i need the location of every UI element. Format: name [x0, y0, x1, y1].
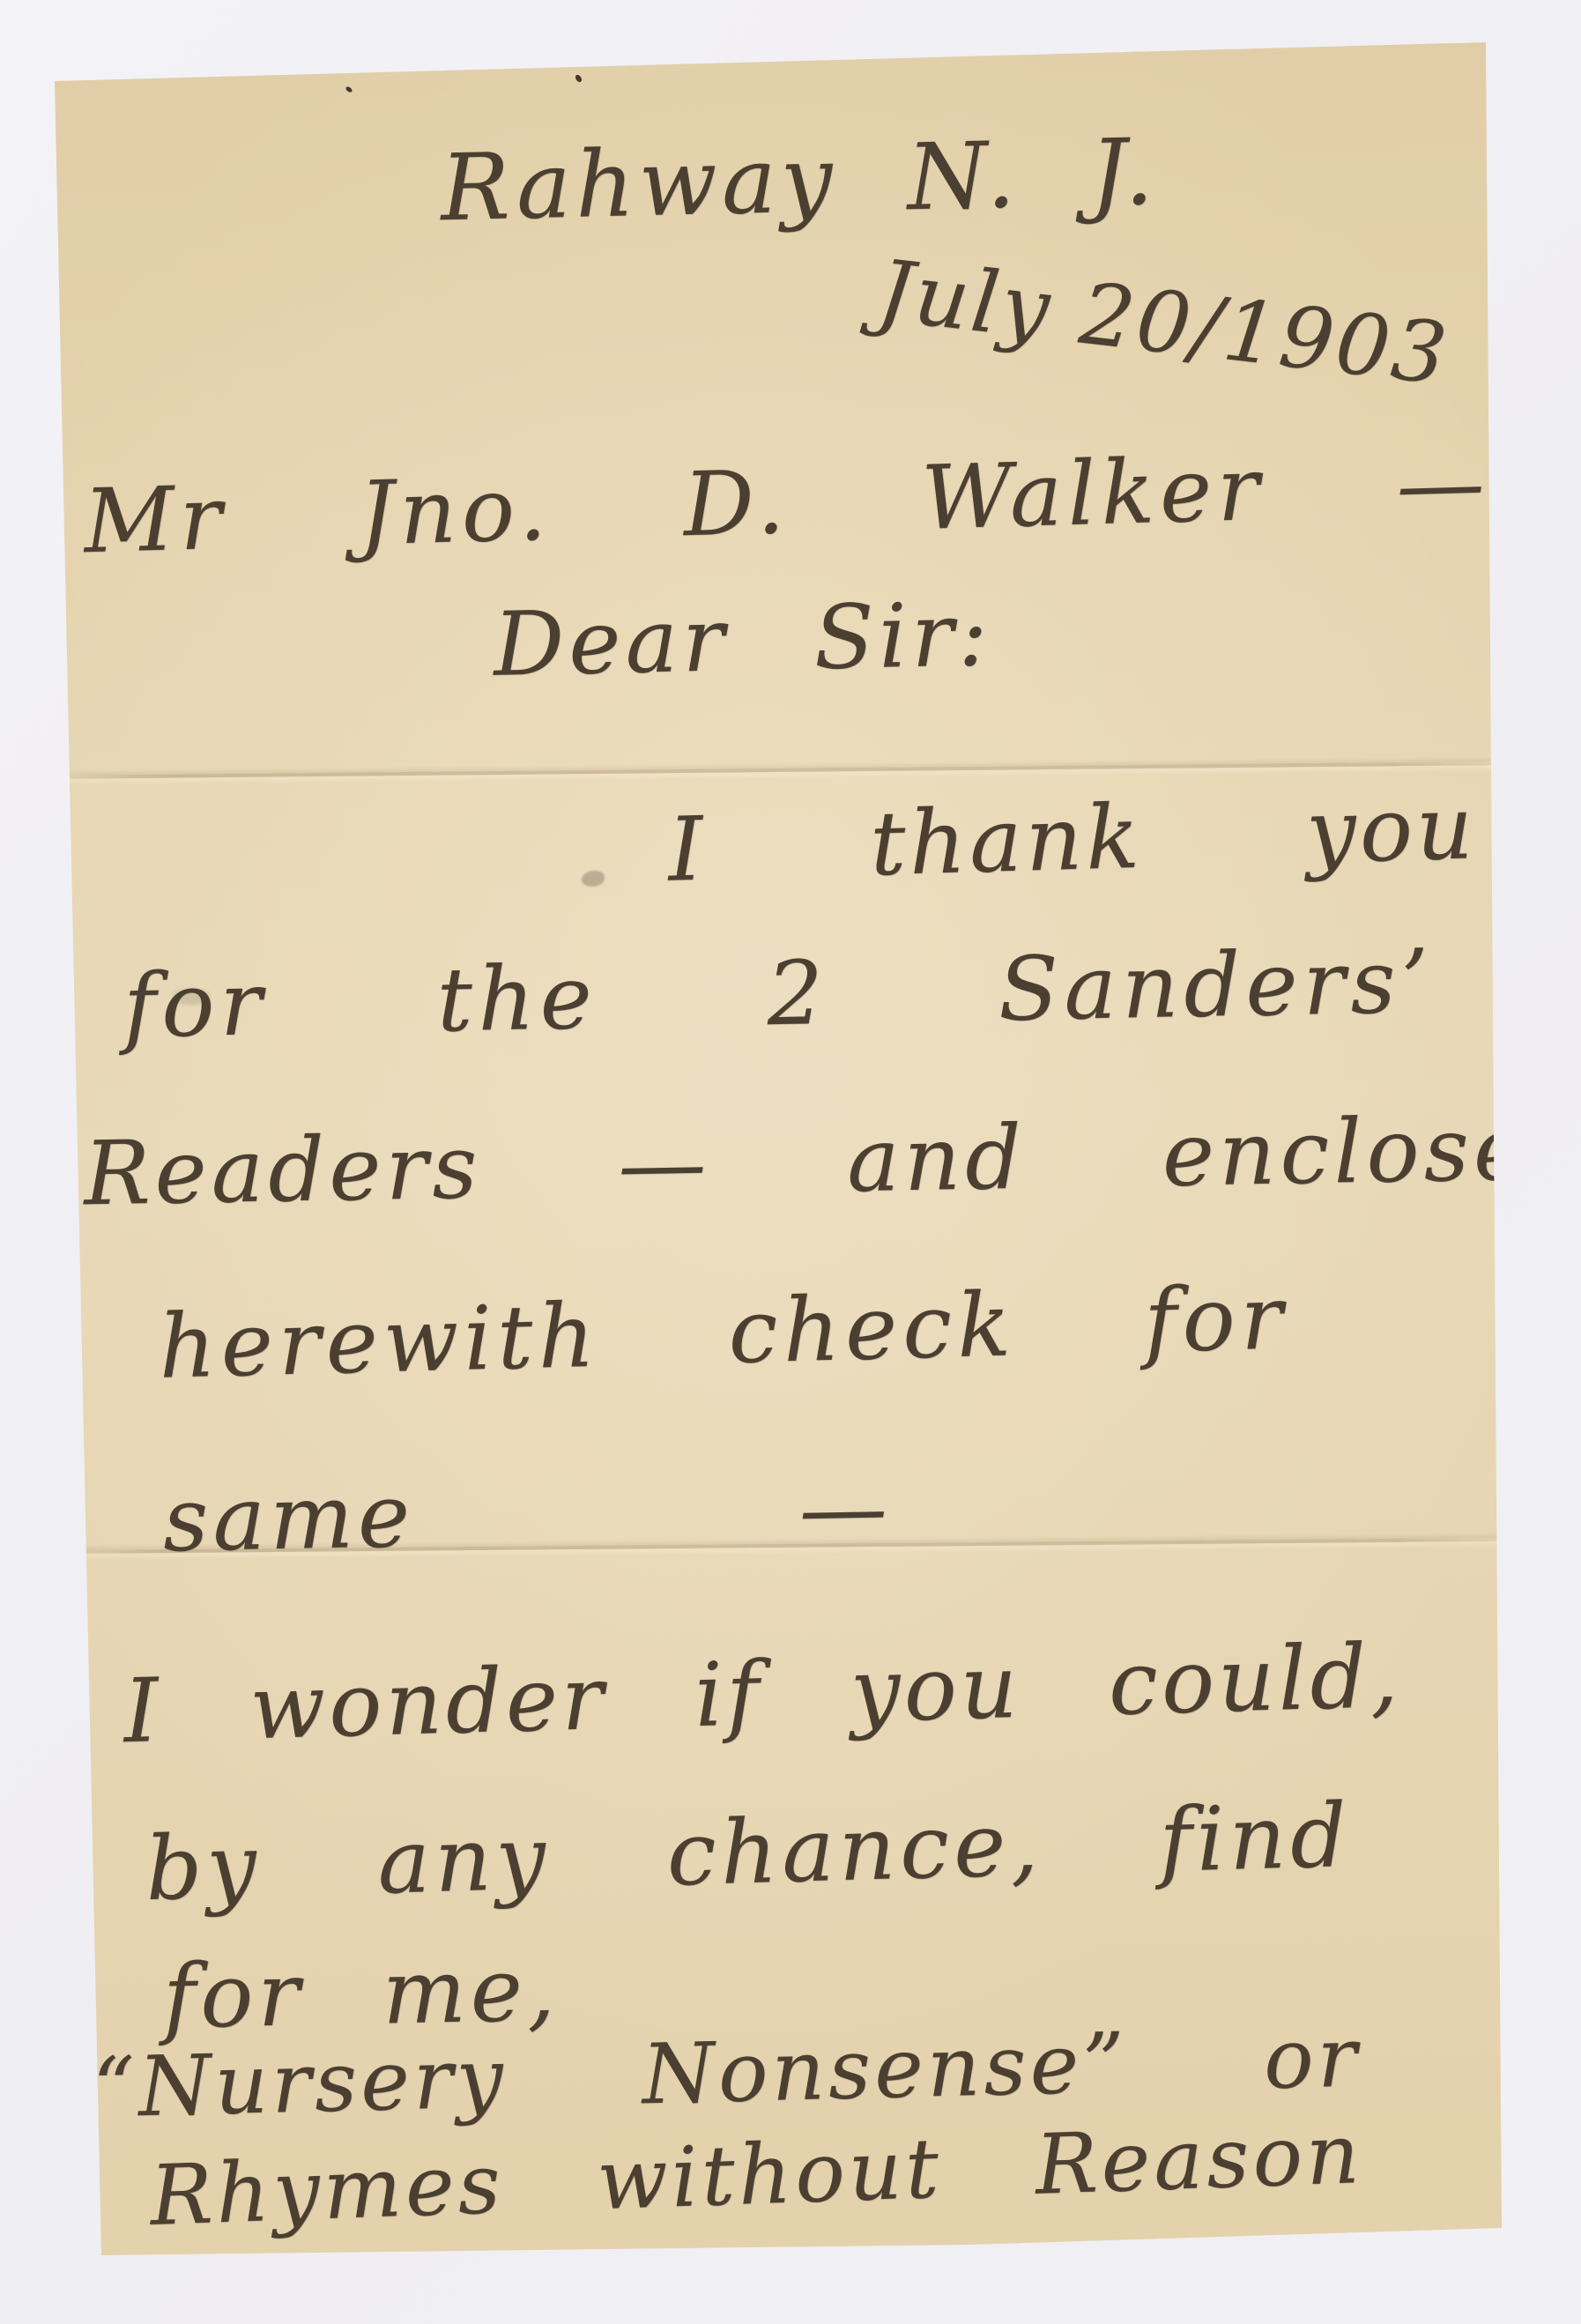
ink-smudge — [582, 871, 605, 887]
fold-crease-upper — [35, 761, 1516, 779]
letter-paper: Rahway N. J. July 20/1903 Mr Jno. D. Wal… — [0, 0, 1581, 2324]
body-line: I wonder if you could, — [122, 1632, 1403, 1756]
body-line: for the 2 Sanders’ — [122, 938, 1435, 1051]
body-line: Rhymes without Reason — [149, 2113, 1364, 2239]
scanned-letter-page: Rahway N. J. July 20/1903 Mr Jno. D. Wal… — [0, 0, 1581, 2324]
date-line: July 20/1903 — [874, 248, 1453, 397]
ink-speck — [574, 74, 583, 84]
ink-speck — [345, 85, 353, 93]
body-line: same — — [162, 1464, 892, 1564]
body-line: by any chance, find — [145, 1792, 1352, 1913]
body-line: I thank you — [667, 783, 1478, 895]
body-line: for me, — [162, 1946, 560, 2042]
salutation-line: Dear Sir: — [493, 590, 993, 689]
body-line: herewith check for — [158, 1273, 1289, 1392]
body-line: Readers — and enclose — [83, 1105, 1531, 1219]
recipient-line: Mr Jno. D. Walker — — [83, 439, 1491, 567]
place-line: Rahway N. J. — [440, 126, 1159, 234]
